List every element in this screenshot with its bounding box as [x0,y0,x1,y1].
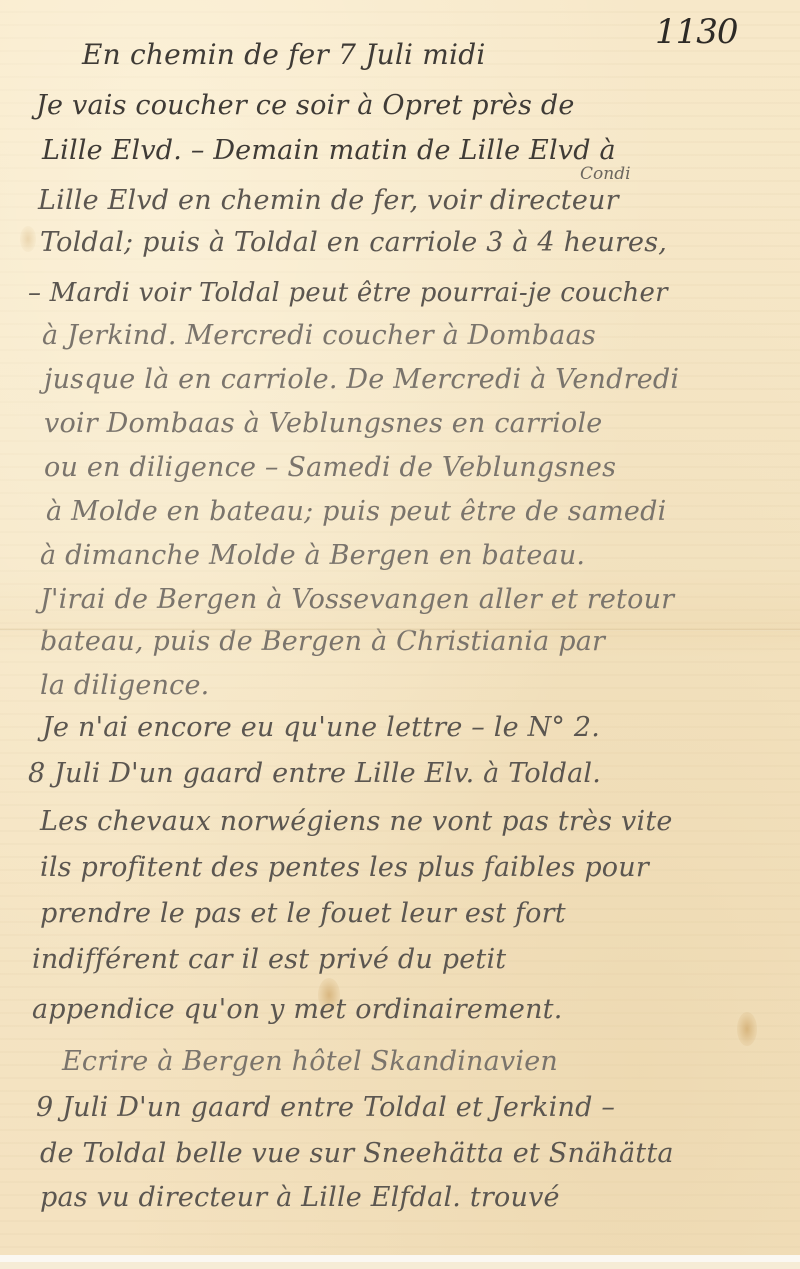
text-line: Je n'ai encore eu qu'une lettre – le N° … [42,712,600,743]
text-line: jusque là en carriole. De Mercredi à Ven… [44,364,679,395]
text-line: à Molde en bateau; puis peut être de sam… [46,496,666,527]
text-line: Je vais coucher ce soir à Opret près de [36,90,575,121]
text-line: Lille Elvd. – Demain matin de Lille Elvd… [42,135,616,166]
text-line: 8 Juli D'un gaard entre Lille Elv. à Tol… [28,758,601,789]
text-line: pas vu directeur à Lille Elfdal. trouvé [40,1182,560,1213]
text-line: prendre le pas et le fouet leur est fort [40,898,566,929]
interlinear-insertion: Condi [580,164,631,184]
text-line: la diligence. [40,670,209,701]
paper-stain [20,226,36,252]
text-line: voir Dombaas à Veblungsnes en carriole [44,408,602,439]
folio-number: 1130 [655,12,738,52]
text-line: J'irai de Bergen à Vossevangen aller et … [40,584,674,615]
text-line: ils profitent des pentes les plus faible… [40,852,649,883]
text-line: à dimanche Molde à Bergen en bateau. [40,540,585,571]
text-line: – Mardi voir Toldal peut être pourrai-je… [28,278,668,308]
text-line: Lille Elvd en chemin de fer, voir direct… [38,185,619,216]
text-line: Ecrire à Bergen hôtel Skandinavien [62,1046,558,1077]
manuscript-page: 1130 En chemin de fer 7 Juli midi Je vai… [0,0,800,1262]
scan-border [0,1255,800,1262]
text-line: bateau, puis de Bergen à Christiania par [40,626,605,657]
text-line: Les chevaux norwégiens ne vont pas très … [40,806,673,837]
text-line: ou en diligence – Samedi de Veblungsnes [44,452,616,483]
heading-line: En chemin de fer 7 Juli midi [82,38,485,71]
text-line: indifférent car il est privé du petit [32,944,506,975]
text-line: de Toldal belle vue sur Sneehätta et Snä… [40,1138,674,1169]
paper-stain [737,1012,757,1046]
text-line: appendice qu'on y met ordinairement. [32,994,563,1025]
text-line: 9 Juli D'un gaard entre Toldal et Jerkin… [36,1092,615,1123]
text-line: Toldal; puis à Toldal en carriole 3 à 4 … [40,227,667,258]
text-line: à Jerkind. Mercredi coucher à Dombaas [42,320,596,351]
